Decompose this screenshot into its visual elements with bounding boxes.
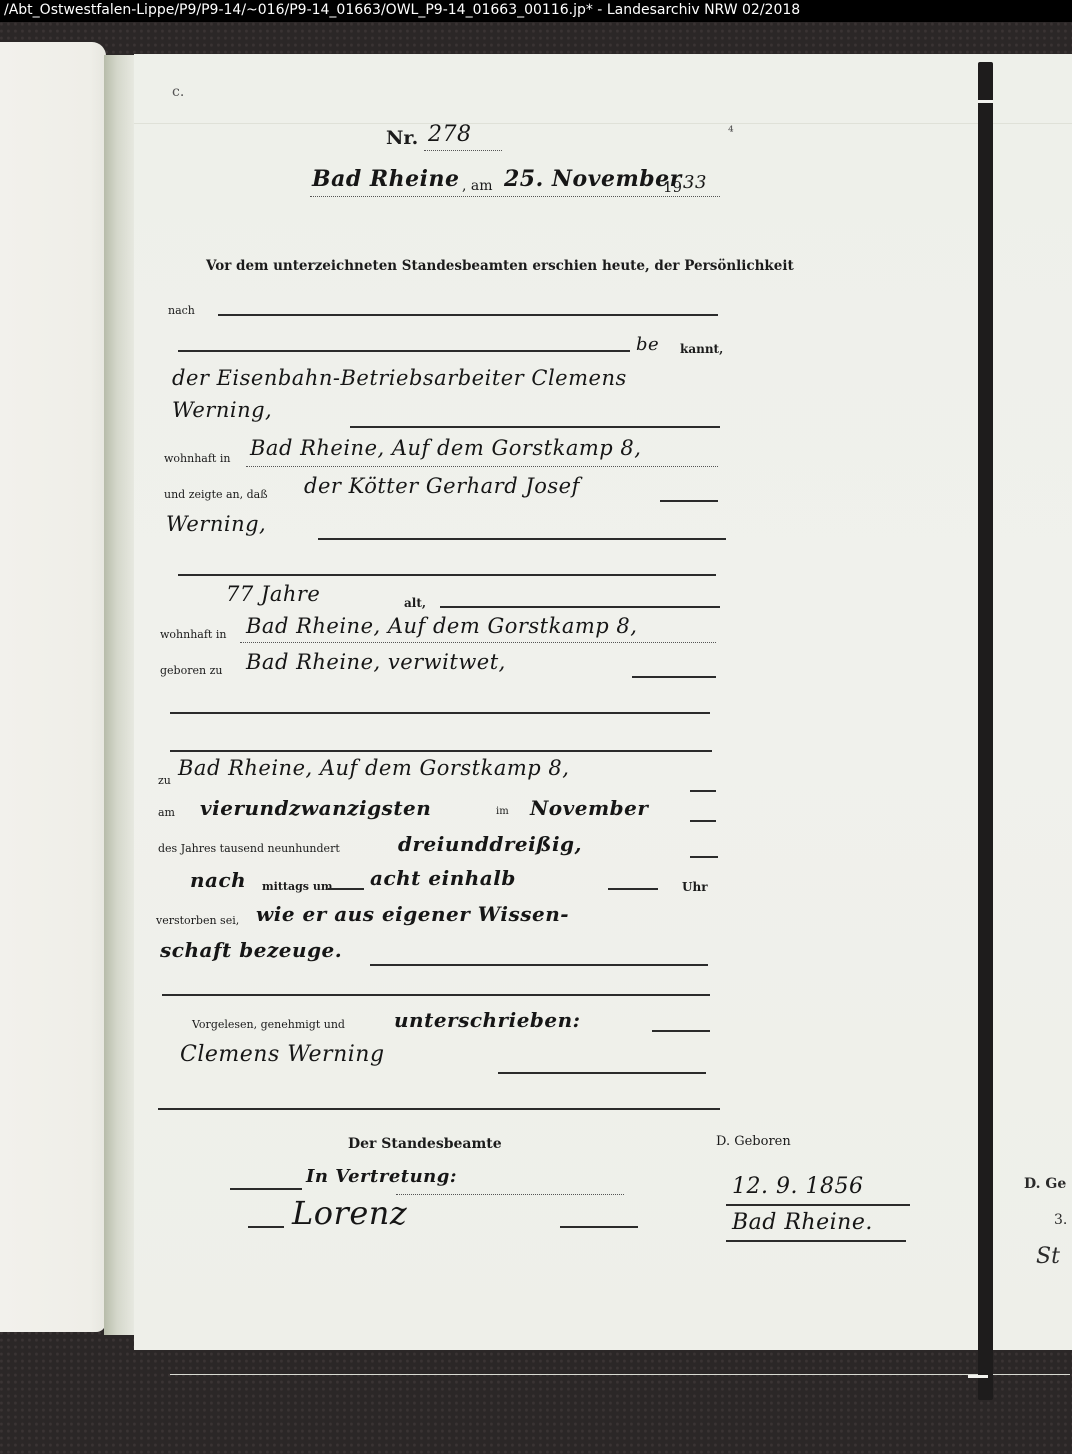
birth-note-label: D. Geboren xyxy=(716,1134,791,1149)
column-divider xyxy=(978,62,993,1400)
form-line xyxy=(652,1030,710,1032)
birth-place: Bad Rheine. xyxy=(732,1210,873,1235)
death-place: Bad Rheine, Auf dem Gorstkamp 8, xyxy=(178,756,569,780)
page-ruling xyxy=(134,123,1072,124)
form-line xyxy=(162,994,710,996)
intro-text: Vor dem unterzeichneten Standesbeamten e… xyxy=(206,258,794,274)
page-ruling xyxy=(170,1374,1070,1375)
form-line xyxy=(726,1240,906,1242)
month-prefix: im xyxy=(496,806,509,817)
uhr-label: Uhr xyxy=(682,880,708,894)
left-page-edge xyxy=(0,42,106,1332)
zeigte-label: und zeigte an, daß xyxy=(164,488,268,501)
mittags-label: mittags um xyxy=(262,880,332,893)
tick-mark: ⁴ xyxy=(728,124,734,140)
birth-date: 12. 9. 1856 xyxy=(732,1174,863,1199)
bekannt-print: kannt, xyxy=(680,342,723,356)
form-line xyxy=(498,1072,706,1074)
register-page xyxy=(134,54,1072,1350)
informant-occupation: der Eisenbahn-Betriebsarbeiter Clemens xyxy=(172,366,627,390)
next-page-label: D. Ge xyxy=(1024,1176,1066,1192)
deceased-age: 77 Jahre xyxy=(226,582,320,606)
birthplace-status: Bad Rheine, verwitwet, xyxy=(246,650,506,674)
form-line xyxy=(318,538,726,540)
zu-label: zu xyxy=(158,774,171,787)
informant-surname: Werning, xyxy=(172,398,272,422)
column-divider-gap xyxy=(978,100,993,103)
verstorben-label: verstorben sei, xyxy=(156,914,239,927)
record-number: 278 xyxy=(428,122,472,147)
geboren-label: geboren zu xyxy=(160,664,222,677)
book-gutter xyxy=(104,55,136,1335)
registrar-deputy: In Vertretung: xyxy=(306,1166,457,1187)
window-title: /Abt_Ostwestfalen-Lippe/P9/P9-14/~016/P9… xyxy=(4,2,800,18)
time-prefix: nach xyxy=(190,868,246,892)
dotted-line xyxy=(424,150,502,151)
column-divider-gap xyxy=(968,1375,988,1378)
form-line xyxy=(660,500,718,502)
record-place: Bad Rheine xyxy=(312,166,460,192)
wohnhaft-label: wohnhaft in xyxy=(164,452,230,465)
death-year-words: dreiunddreißig, xyxy=(398,832,582,856)
form-line xyxy=(350,426,720,428)
dotted-line xyxy=(396,1194,624,1195)
death-day: vierundzwanzigsten xyxy=(200,796,431,820)
corner-mark: c. xyxy=(172,84,184,100)
next-page-line2: 3. xyxy=(1054,1212,1067,1228)
year-prefix: 19 xyxy=(663,178,682,196)
nach-label: nach xyxy=(168,304,195,317)
form-line xyxy=(230,1188,302,1190)
registrar-label: Der Standesbeamte xyxy=(348,1136,502,1152)
form-line xyxy=(178,350,630,352)
date-prefix: , am xyxy=(462,178,493,194)
form-line xyxy=(690,856,718,858)
form-line xyxy=(170,712,710,714)
deceased-surname: Werning, xyxy=(166,512,266,536)
deceased-wohnhaft-label: wohnhaft in xyxy=(160,628,226,641)
form-line xyxy=(170,750,712,752)
time-value: acht einhalb xyxy=(370,866,516,890)
dotted-line xyxy=(240,642,716,643)
knowledge-line1: wie er aus eigener Wissen- xyxy=(256,902,569,926)
bekannt-hand: be xyxy=(636,334,659,355)
death-month: November xyxy=(530,796,648,820)
form-line xyxy=(218,314,718,316)
window-title-bar: /Abt_Ostwestfalen-Lippe/P9/P9-14/~016/P9… xyxy=(0,0,1072,22)
deceased-name: der Kötter Gerhard Josef xyxy=(304,474,580,498)
informant-residence: Bad Rheine, Auf dem Gorstkamp 8, xyxy=(250,436,641,460)
form-line xyxy=(370,964,708,966)
form-line xyxy=(248,1226,284,1228)
am-label: am xyxy=(158,806,175,819)
next-page-line3: St xyxy=(1036,1244,1060,1269)
form-line xyxy=(690,790,716,792)
year-suffix: 33 xyxy=(683,172,707,193)
number-label: Nr. xyxy=(386,127,418,149)
signed-statement: unterschrieben: xyxy=(394,1008,581,1032)
form-line xyxy=(632,676,716,678)
registrar-signature: Lorenz xyxy=(292,1194,407,1232)
record-date: 25. November xyxy=(504,166,682,192)
form-line xyxy=(178,574,716,576)
form-line xyxy=(608,888,658,890)
form-line xyxy=(328,888,364,890)
vorgelesen-label: Vorgelesen, genehmigt und xyxy=(192,1018,345,1031)
jahres-label: des Jahres tausend neunhundert xyxy=(158,842,340,855)
form-line xyxy=(726,1204,910,1206)
dotted-line xyxy=(310,196,720,197)
dotted-line xyxy=(246,466,718,467)
alt-label: alt, xyxy=(404,596,426,610)
informant-signature: Clemens Werning xyxy=(180,1042,385,1067)
form-line xyxy=(560,1226,638,1228)
form-line xyxy=(158,1108,720,1110)
form-line xyxy=(440,606,720,608)
form-line xyxy=(690,820,716,822)
knowledge-line2: schaft bezeuge. xyxy=(160,938,342,962)
deceased-residence: Bad Rheine, Auf dem Gorstkamp 8, xyxy=(246,614,637,638)
